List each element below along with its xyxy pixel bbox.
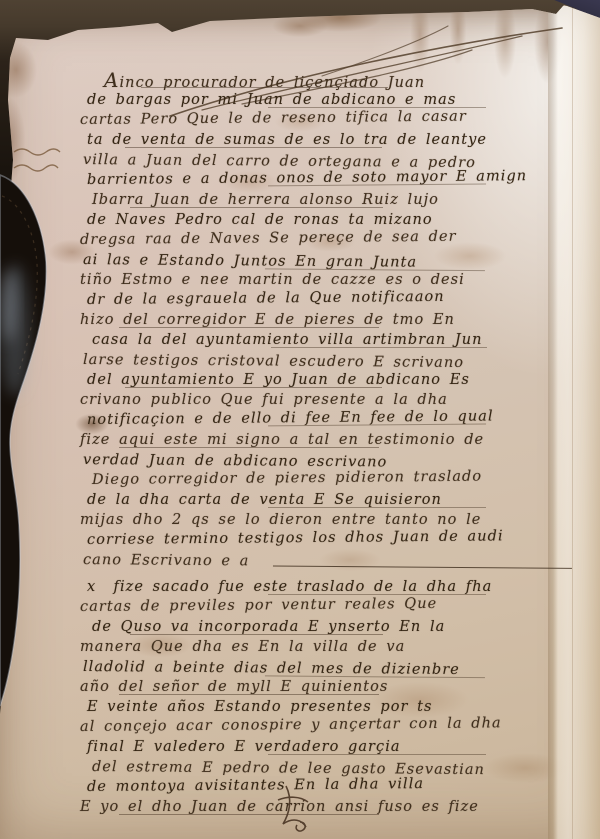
photo-frame: Ainco procurador de liçençiado Juande ba… xyxy=(0,0,600,839)
manuscript-line: de Quso va incorporada E ynserto En la xyxy=(92,617,562,637)
manuscript-page: Ainco procurador de liçençiado Juande ba… xyxy=(0,0,600,839)
manuscript-line: hizo del corregidor E de pieres de tmo E… xyxy=(80,310,562,330)
manuscript-text: Ainco procurador de liçençiado Juande ba… xyxy=(80,70,562,817)
manuscript-line: corriese termino testigos los dhos Juan … xyxy=(87,526,562,550)
manuscript-line: cartas Pero Que le de reseno tifica la c… xyxy=(80,106,562,130)
manuscript-line: Ibarra Juan de herrera alonso Ruiz lujo xyxy=(92,190,562,210)
manuscript-line: de montoya avisitantes En la dha villa xyxy=(87,773,562,797)
manuscript-line: cano Escrivano e a xyxy=(83,550,562,574)
manuscript-line: ta de venta de sumas de es lo tra de lea… xyxy=(87,130,562,150)
manuscript-line: manera Que dha es En la villa de va xyxy=(80,637,562,657)
manuscript-line: Diego corregidor de pieres pidieron tras… xyxy=(92,466,562,490)
manuscript-line: casa la del ayuntamiento villa artimbran… xyxy=(92,330,562,350)
manuscript-line: final E valedero E verdadero garçia xyxy=(87,737,562,757)
manuscript-line: año del señor de myll E quinientos xyxy=(80,677,562,697)
manuscript-line: E yo el dho Juan de carrion ansi fuso es… xyxy=(80,797,562,817)
manuscript-line: notificaçion e de ello di fee En fee de … xyxy=(87,406,562,430)
manuscript-line: Ainco procurador de liçençiado Juan xyxy=(104,70,562,90)
manuscript-line: de la dha carta de venta E Se quisieron xyxy=(87,490,562,510)
manuscript-line: fize aqui este mi signo a tal en testimo… xyxy=(80,430,562,450)
manuscript-line: cartas de previles por ventur reales Que xyxy=(80,593,562,617)
manuscript-line: del ayuntamiento E yo Juan de abdicano E… xyxy=(87,370,562,390)
manuscript-line: barrientos e a donas onos de soto mayor … xyxy=(87,166,562,190)
manuscript-line: dr de la esgrauela de la Que notificaaon xyxy=(87,286,562,310)
manuscript-line: al conçejo acar conospire y ançertar con… xyxy=(80,713,562,737)
manuscript-line: dregsa raa de Naves Se pereçe de sea der xyxy=(80,226,562,250)
